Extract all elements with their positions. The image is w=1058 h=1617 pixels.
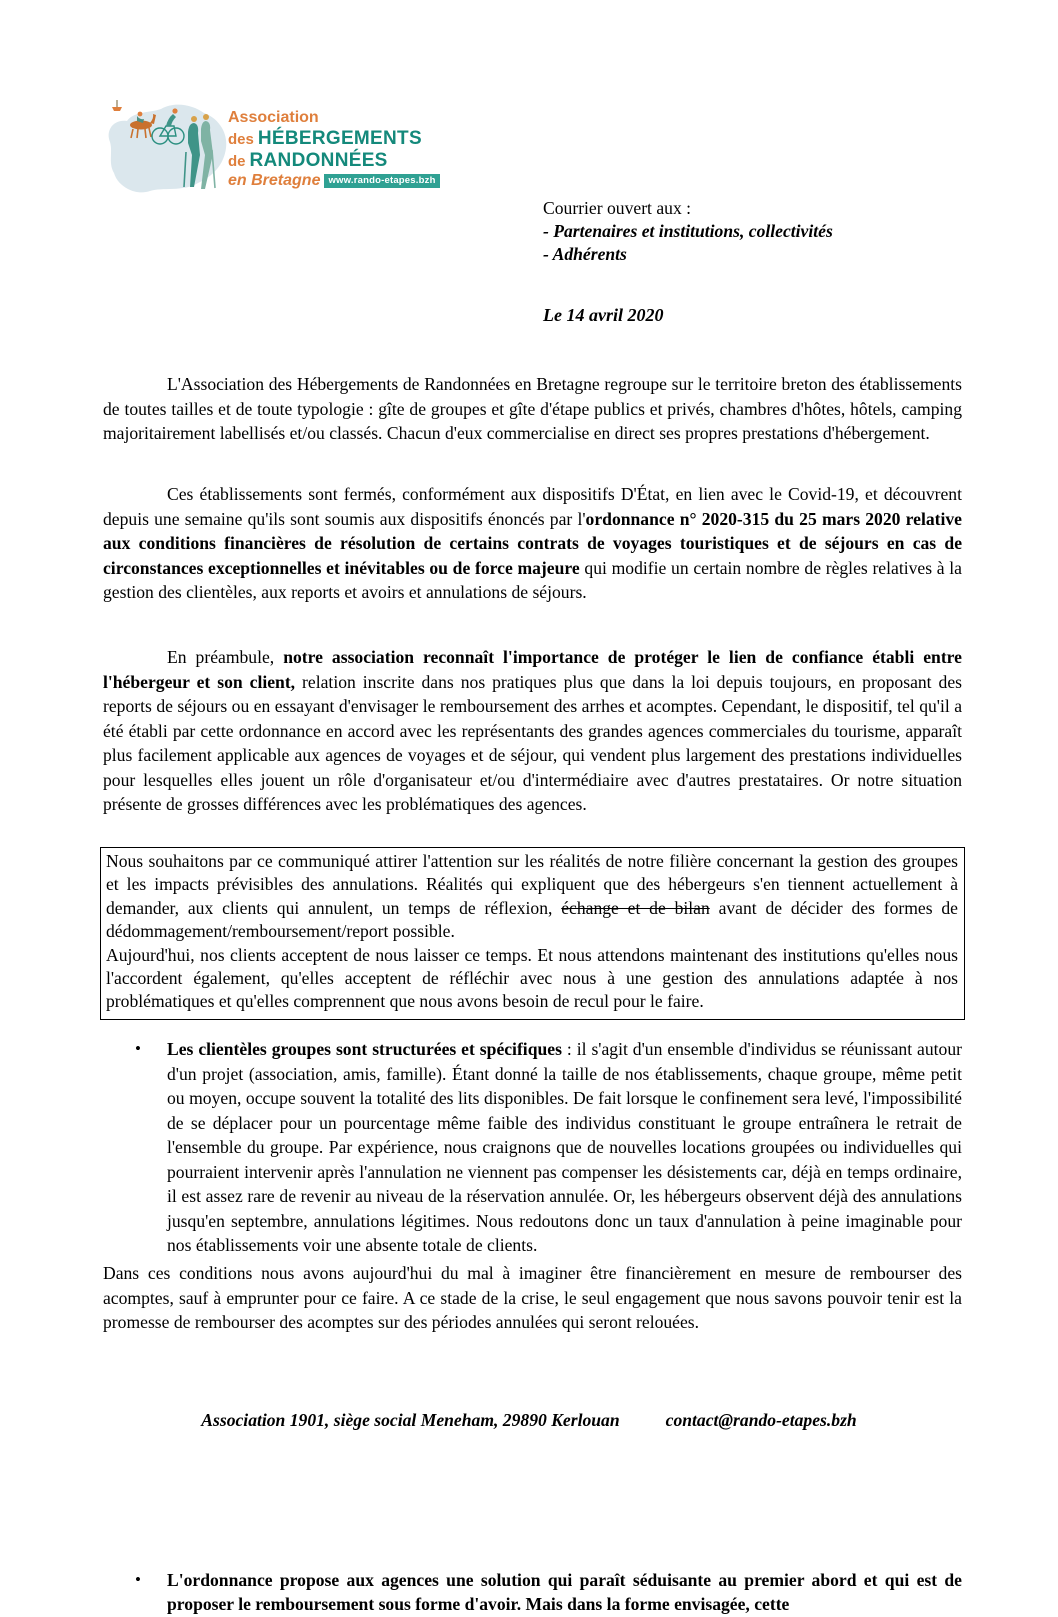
bullet-clienteles-groupes: • Les clientèles groupes sont structurée… — [103, 1037, 962, 1258]
scanned-letter-page: { "logo": { "line1": "Association", "lin… — [0, 0, 1058, 1497]
bullet-icon: • — [135, 1037, 141, 1062]
recipient-title: Courrier ouvert aux : — [543, 197, 833, 220]
logo-line-randonnees: deRANDONNÉES — [228, 151, 440, 170]
bullet-icon: • — [135, 1568, 141, 1593]
boat-icon — [112, 100, 122, 111]
logo-url-badge: www.rando-etapes.bzh — [324, 174, 439, 188]
logo-line-association: Association — [228, 110, 440, 126]
bullet-ordonnance-avoir: • L'ordonnance propose aux agences une s… — [103, 1568, 962, 1617]
paragraph-ordonnance: Ces établissements sont fermés, conformé… — [103, 482, 962, 605]
logo-wordmark: Association desHÉBERGEMENTS deRANDONNÉES… — [228, 110, 440, 192]
page-footer: Association 1901, siège social Meneham, … — [0, 1410, 1058, 1431]
logo-line-bretagne: en Bretagnewww.rando-etapes.bzh — [228, 173, 440, 189]
recipient-block: Courrier ouvert aux : - Partenaires et i… — [543, 197, 833, 266]
paragraph-preambule: En préambule, notre association reconnaî… — [103, 645, 962, 817]
logo-line-hebergements: desHÉBERGEMENTS — [228, 129, 440, 148]
association-logo: Association desHÉBERGEMENTS deRANDONNÉES… — [100, 92, 400, 210]
bullet-text: L'ordonnance propose aux agences une sol… — [167, 1570, 962, 1615]
brittany-map-illustration — [100, 92, 235, 208]
box-paragraph-2: Aujourd'hui, nos clients acceptent de no… — [106, 944, 958, 1014]
footer-address: Association 1901, siège social Meneham, … — [201, 1410, 619, 1431]
paragraph-intro: L'Association des Hébergements de Randon… — [103, 372, 962, 446]
bullet-text: Les clientèles groupes sont structurées … — [167, 1039, 962, 1255]
recipient-line-partenaires: - Partenaires et institutions, collectiv… — [543, 220, 833, 243]
recipient-line-adherents: - Adhérents — [543, 243, 833, 266]
footer-email: contact@rando-etapes.bzh — [666, 1410, 857, 1431]
communique-box: Nous souhaitons par ce communiqué attire… — [100, 847, 965, 1020]
letter-date: Le 14 avril 2020 — [543, 305, 663, 326]
box-paragraph-1: Nous souhaitons par ce communiqué attire… — [106, 850, 958, 944]
paragraph-conditions: Dans ces conditions nous avons aujourd'h… — [103, 1261, 962, 1335]
